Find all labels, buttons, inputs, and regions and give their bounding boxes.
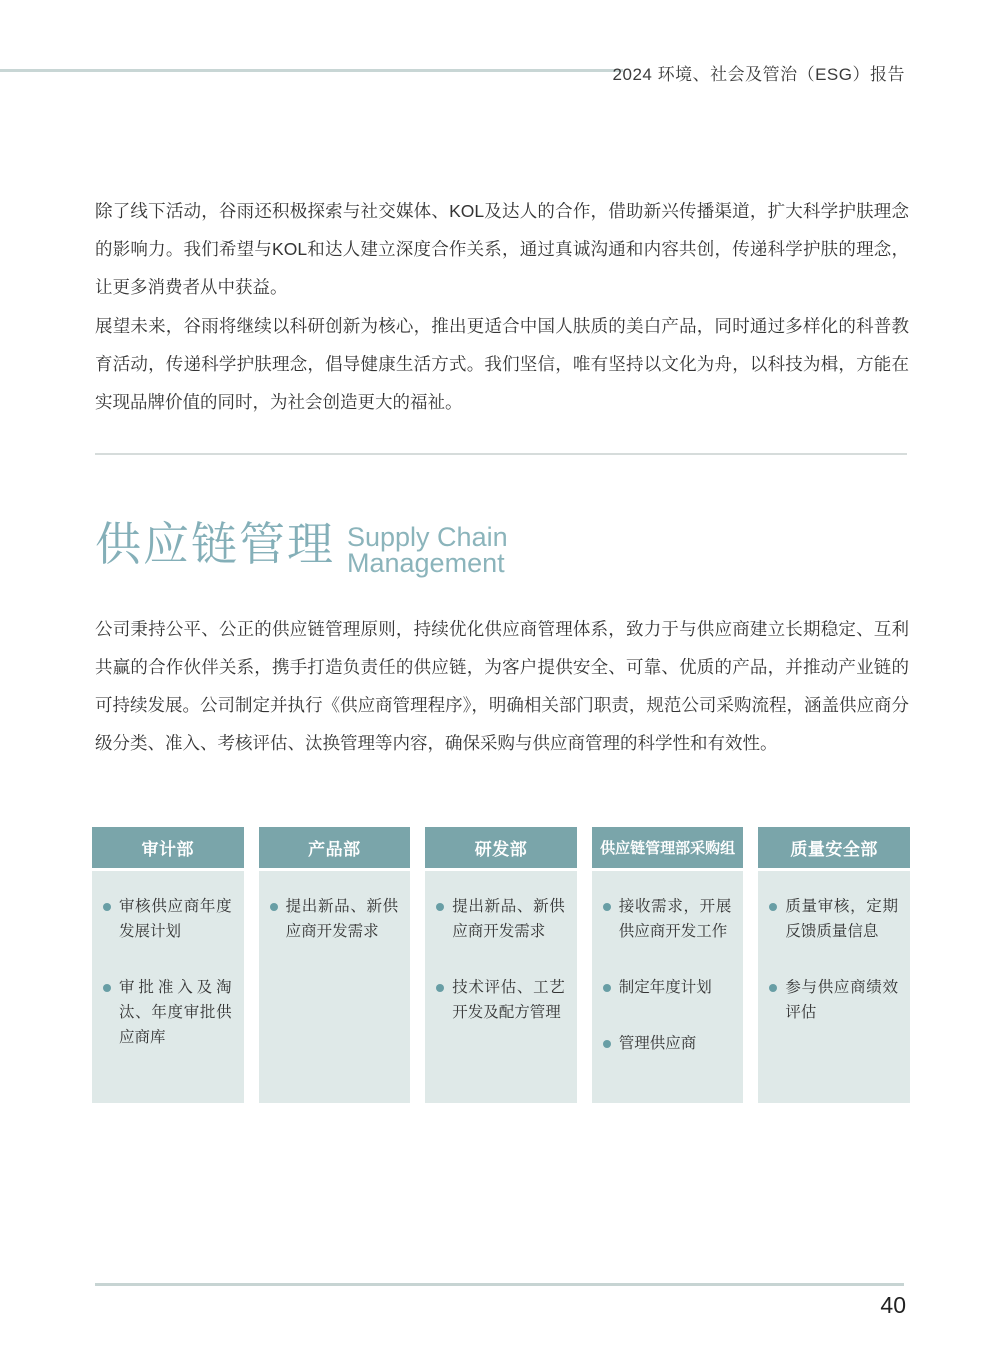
bullet-icon <box>603 984 611 992</box>
dept-card-body: 接收需求，开展供应商开发工作 制定年度计划 管理供应商 <box>592 871 744 1103</box>
page-number: 40 <box>880 1292 906 1319</box>
bullet-icon <box>769 984 777 992</box>
dept-card-audit: 审计部 审核供应商年度发展计划 审批准入及淘汰、年度审批供应商库 <box>92 827 244 1103</box>
section-title-en: Supply Chain Management <box>347 514 508 576</box>
duty-item: 提出新品、新供应商开发需求 <box>436 894 565 944</box>
dept-card-product: 产品部 提出新品、新供应商开发需求 <box>259 827 411 1103</box>
duty-item: 提出新品、新供应商开发需求 <box>270 894 399 944</box>
duty-item: 接收需求，开展供应商开发工作 <box>603 894 732 944</box>
dept-card-body: 提出新品、新供应商开发需求 <box>259 871 411 1103</box>
duty-text: 提出新品、新供应商开发需求 <box>452 894 565 944</box>
duty-text: 接收需求，开展供应商开发工作 <box>619 894 732 944</box>
bullet-icon <box>103 984 111 992</box>
section-title-en-line2: Management <box>347 550 508 576</box>
duty-item: 参与供应商绩效评估 <box>769 975 898 1025</box>
dept-card-rnd: 研发部 提出新品、新供应商开发需求 技术评估、工艺开发及配方管理 <box>425 827 577 1103</box>
duty-item: 制定年度计划 <box>603 975 732 1000</box>
duty-text: 参与供应商绩效评估 <box>785 975 898 1025</box>
bullet-icon <box>603 903 611 911</box>
report-page: 2024 环境、社会及管治（ESG）报告 除了线下活动，谷雨还积极探索与社交媒体… <box>0 0 1000 1357</box>
duty-text: 质量审核，定期反馈质量信息 <box>785 894 898 944</box>
duty-text: 审批准入及淘汰、年度审批供应商库 <box>119 975 232 1050</box>
section-divider <box>95 453 907 455</box>
dept-card-body: 质量审核，定期反馈质量信息 参与供应商绩效评估 <box>758 871 910 1103</box>
dept-card-scm-procurement: 供应链管理部采购组 接收需求，开展供应商开发工作 制定年度计划 管理供应商 <box>592 827 744 1103</box>
bullet-icon <box>436 903 444 911</box>
duty-text: 技术评估、工艺开发及配方管理 <box>452 975 565 1025</box>
bullet-icon <box>270 903 278 911</box>
header-rule <box>0 69 623 72</box>
dept-card-header: 供应链管理部采购组 <box>592 827 744 868</box>
paragraph-supply-chain: 公司秉持公平、公正的供应链管理原则，持续优化供应商管理体系，致力于与供应商建立长… <box>95 610 909 762</box>
dept-card-header: 研发部 <box>425 827 577 868</box>
duty-text: 审核供应商年度发展计划 <box>119 894 232 944</box>
dept-card-header: 产品部 <box>259 827 411 868</box>
duty-item: 审核供应商年度发展计划 <box>103 894 232 944</box>
department-duties-panel: 审计部 审核供应商年度发展计划 审批准入及淘汰、年度审批供应商库 产品部 提出新… <box>92 827 910 1103</box>
dept-card-quality-safety: 质量安全部 质量审核，定期反馈质量信息 参与供应商绩效评估 <box>758 827 910 1103</box>
dept-card-body: 提出新品、新供应商开发需求 技术评估、工艺开发及配方管理 <box>425 871 577 1103</box>
duty-item: 质量审核，定期反馈质量信息 <box>769 894 898 944</box>
bullet-icon <box>769 903 777 911</box>
section-title-en-line1: Supply Chain <box>347 524 508 550</box>
duty-text: 制定年度计划 <box>619 975 712 1000</box>
bullet-icon <box>603 1040 611 1048</box>
paragraph-social-media: 除了线下活动，谷雨还积极探索与社交媒体、KOL及达人的合作，借助新兴传播渠道，扩… <box>95 192 909 306</box>
duty-text: 提出新品、新供应商开发需求 <box>286 894 399 944</box>
duty-item: 管理供应商 <box>603 1031 732 1056</box>
report-header-title: 2024 环境、社会及管治（ESG）报告 <box>613 60 905 85</box>
paragraph-outlook: 展望未来，谷雨将继续以科研创新为核心，推出更适合中国人肤质的美白产品，同时通过多… <box>95 307 909 421</box>
bullet-icon <box>436 984 444 992</box>
dept-card-header: 审计部 <box>92 827 244 868</box>
section-title-zh: 供应链管理 <box>95 514 335 574</box>
duty-item: 技术评估、工艺开发及配方管理 <box>436 975 565 1025</box>
footer-rule <box>95 1283 904 1286</box>
duty-item: 审批准入及淘汰、年度审批供应商库 <box>103 975 232 1050</box>
bullet-icon <box>103 903 111 911</box>
section-title: 供应链管理 Supply Chain Management <box>95 514 508 576</box>
duty-text: 管理供应商 <box>619 1031 697 1056</box>
dept-card-body: 审核供应商年度发展计划 审批准入及淘汰、年度审批供应商库 <box>92 871 244 1103</box>
dept-card-header: 质量安全部 <box>758 827 910 868</box>
